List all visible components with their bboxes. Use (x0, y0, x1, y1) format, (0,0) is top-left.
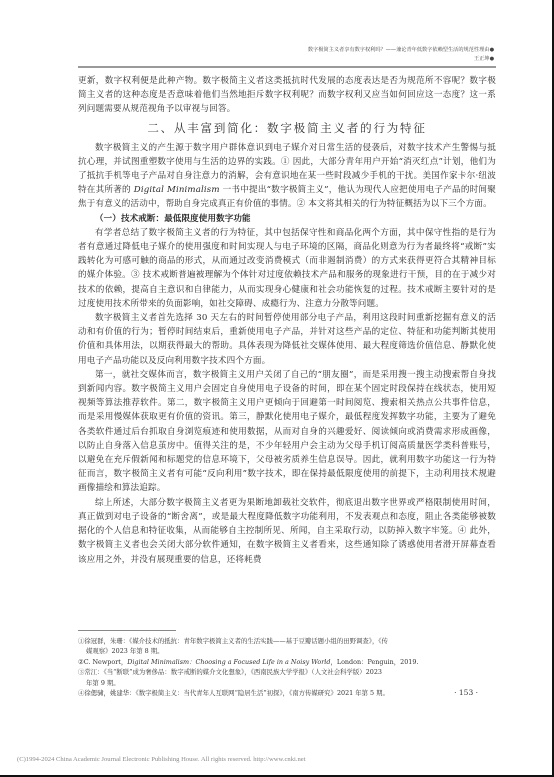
footnote-2-title: Digital Minimalism：Choosing a Focused Li… (127, 658, 330, 666)
paragraph-1: 数字极简主义的产生源于数字用户群体意识到电子媒介对日常生活的侵袭后，对数字技术产… (78, 141, 496, 212)
running-head-author: 王正坤● (308, 55, 494, 64)
paragraph-2: 有学者总结了数字极简主义者的行为特征，其中包括保守性和商品化两个方面，其中保守性… (78, 226, 496, 311)
subsection-title: （一）技术戒断：最低限度使用数字功能 (78, 212, 496, 226)
footnotes: ①徐冠群，朱珊：《媒介技术的抵抗：青年数字极简主义者的生活实践——基于豆瓣话题小… (78, 636, 496, 698)
footnote-1-cont: 媒观察》2023 年第 8 期。 (78, 646, 496, 656)
footnote-rule (78, 630, 176, 631)
paragraph-4: 第一，就社交媒体而言，数字极简主义用户关闭了自己的“朋友圈”，而是采用搜一搜主动… (78, 368, 496, 496)
footnote-3: ③常江：《当“断联”成为奢侈品：数字戒断的媒介文化想象》，《西南民族大学学报》（… (78, 667, 496, 677)
paragraph-5: 综上所述，大部分数字极简主义者更为果断地卸载社交软件，彻底退出数字世界或严格限制… (78, 496, 496, 567)
paragraph-3: 数字极简主义者首先选择 30 天左右的时间暂停使用部分电子产品，利用这段时间重新… (78, 311, 496, 368)
footnote-4: ④徐偲骕，姚建华：《数字极简主义：当代青年人互联网“隐居生活”初探》，《南方传媒… (78, 688, 496, 698)
page-number: · 153 · (454, 688, 478, 697)
intro-paragraph: 更新，数字权利便是此种产物。数字极简主义者这类抵抗时代发展的态度表达是否为规范所… (78, 74, 496, 117)
footnote-2: ②C. Newport，Digital Minimalism：Choosing … (78, 657, 496, 667)
footnote-3-cont: 年第 9 期。 (78, 678, 496, 688)
copyright-notice: (C)1994-2024 China Academic Journal Elec… (17, 756, 306, 763)
header-rule (78, 66, 496, 68)
book-title: Digital Minimalism (134, 185, 220, 195)
footnote-2-author: ②C. Newport， (78, 658, 127, 666)
running-head-title: 数字极简主义者享有数字权利吗？——兼论青年低数字依赖型生活的规范性理由● (308, 46, 494, 55)
footnote-2-publisher: ，London：Penguin，2019. (330, 658, 418, 666)
running-head: 数字极简主义者享有数字权利吗？——兼论青年低数字依赖型生活的规范性理由● 王正坤… (308, 46, 494, 64)
article-body: 更新，数字权利便是此种产物。数字极简主义者这类抵抗时代发展的态度表达是否为规范所… (78, 74, 496, 567)
section-title: 二、从丰富到简化：数字极简主义者的行为特征 (78, 120, 496, 136)
footnote-1: ①徐冠群，朱珊：《媒介技术的抵抗：青年数字极简主义者的生活实践——基于豆瓣话题小… (78, 636, 496, 646)
footnote-1-line-1: ①徐冠群，朱珊：《媒介技术的抵抗：青年数字极简主义者的生活实践——基于豆瓣话题小… (78, 637, 388, 645)
